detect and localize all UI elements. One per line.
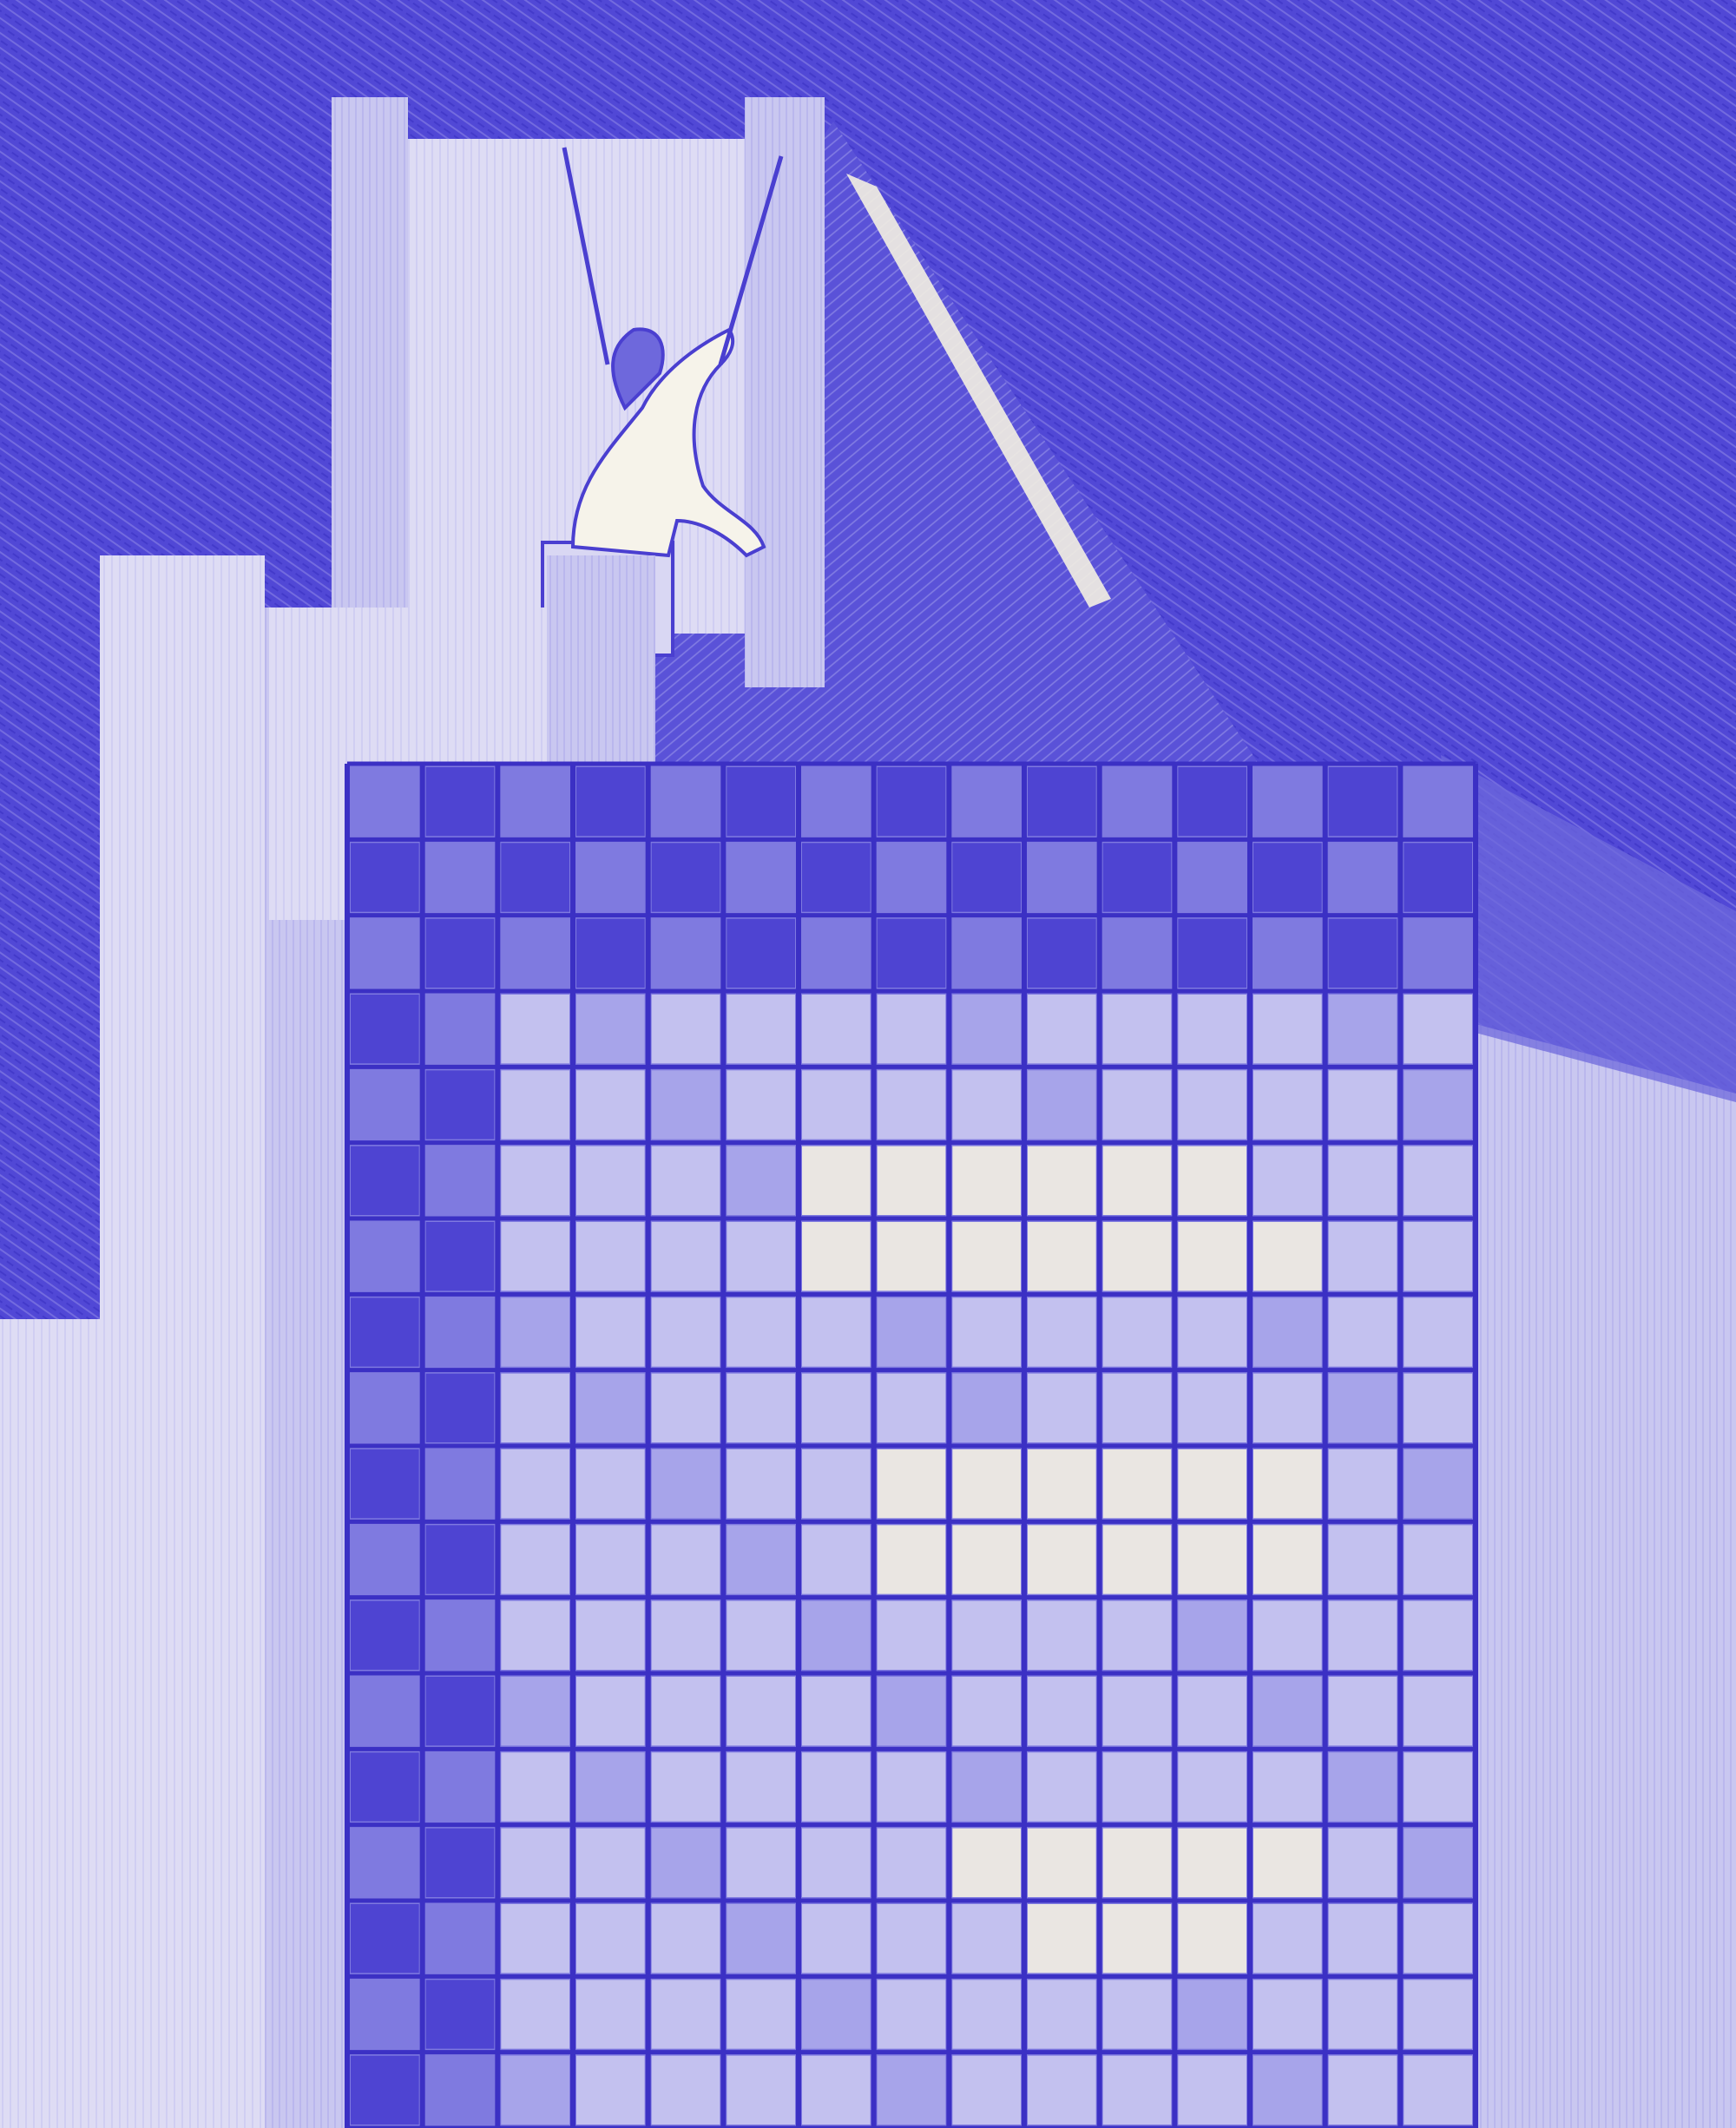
- glass-tower: [347, 764, 1476, 2128]
- roof-pillar-left: [332, 97, 408, 618]
- ballpoint-drawing: Ballpoint pen drawing of a modernist tow…: [0, 0, 1736, 2128]
- right-side-facade: [1476, 1024, 1736, 2128]
- drawing-canvas: [0, 0, 1736, 2128]
- left-tower: [100, 555, 265, 2128]
- mid-pedestal-block: [547, 555, 655, 772]
- roof-pillar-right: [745, 97, 825, 687]
